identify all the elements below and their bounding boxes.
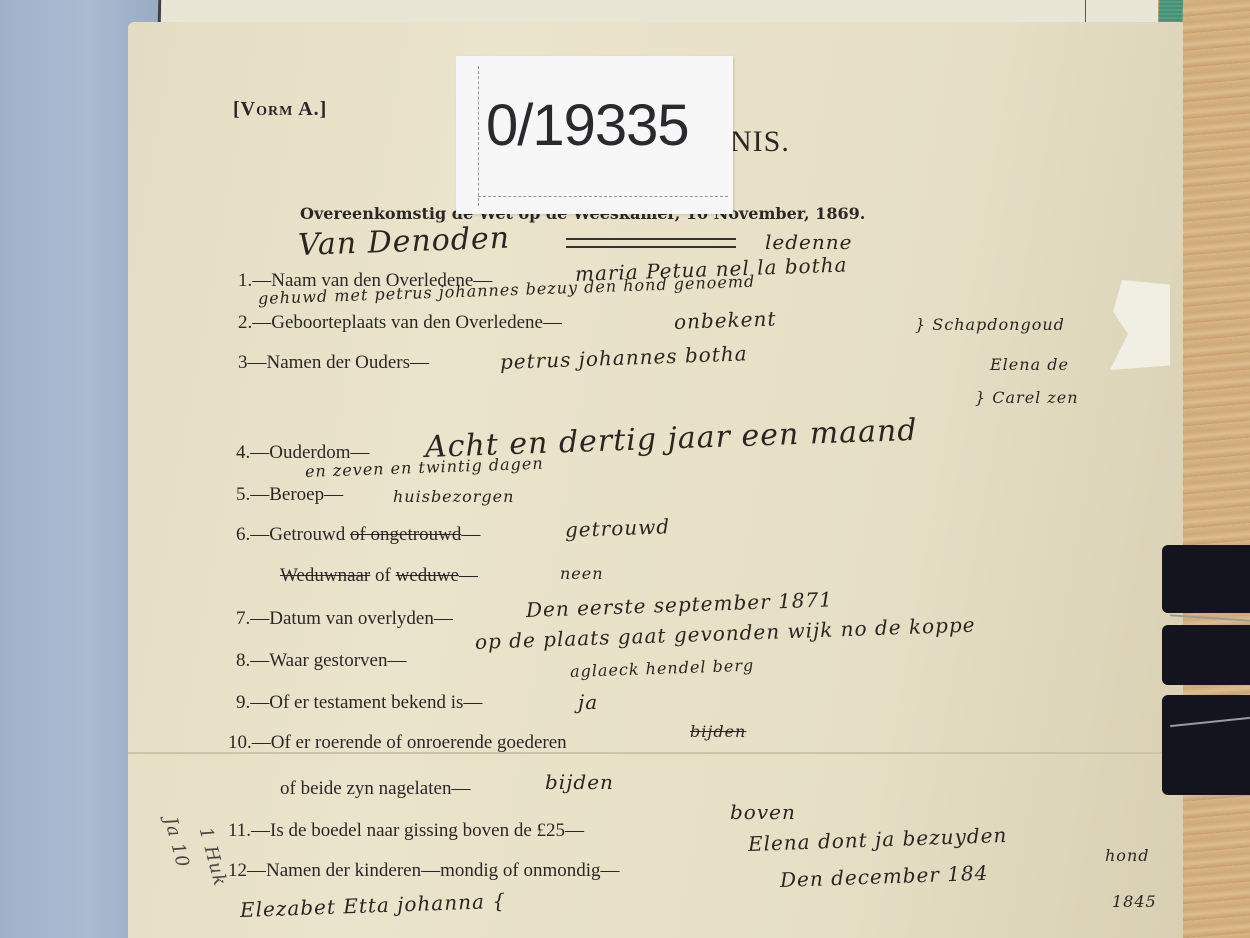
field-3-side-note-2: } Carel zen (975, 388, 1079, 407)
field-10-struck-value: bijden (690, 722, 746, 741)
widow-label: Weduwnaar of weduwe— (280, 565, 478, 587)
struck-label-text: weduwe (396, 565, 459, 586)
field-number: 11. (228, 820, 251, 841)
field-label-text: —Namen der Ouders— (248, 352, 430, 373)
clip-jaw (1162, 625, 1250, 685)
field-10-label: 10.—Of er roerende of onroerende goedere… (228, 732, 567, 754)
field-number: 8. (236, 650, 250, 671)
wooden-desk (1180, 0, 1250, 938)
clip-wire (1170, 614, 1250, 622)
field-number: 1. (238, 270, 252, 291)
field-number: 10. (228, 732, 252, 753)
field-label-text: —Datum van overlyden— (250, 608, 453, 629)
field-label-text: — (459, 565, 478, 586)
field-label-text: —Beroep— (250, 484, 343, 505)
field-label-text: of (370, 565, 395, 586)
field-label-text: — (461, 524, 480, 545)
field-number: 3 (238, 352, 248, 373)
perforation (478, 66, 479, 206)
field-label-text: —Is de boedel naar gissing boven de £25— (251, 820, 584, 841)
field-9-value: ja (578, 690, 598, 714)
field-12-label: 12—Namen der kinderen—mondig of onmondig… (228, 860, 620, 882)
field-9-label: 9.—Of er testament bekend is— (236, 692, 482, 714)
field-number: 2. (238, 312, 252, 333)
struck-label-text: Weduwnaar (280, 565, 370, 586)
field-label-text: —Geboorteplaats van den Overledene— (252, 312, 562, 333)
field-6-label: 6.—Getrouwd of ongetrouwd— (236, 524, 480, 546)
field-3-label: 3—Namen der Ouders— (238, 352, 429, 374)
form-code: [Vorm A.] (233, 98, 327, 121)
field-2-label: 2.—Geboorteplaats van den Overledene— (238, 312, 562, 334)
field-label-text: —Of er testament bekend is— (250, 692, 482, 713)
double-rule (566, 238, 736, 248)
clip-jaw (1162, 545, 1250, 613)
field-6-value: getrouwd (565, 514, 671, 542)
field-label-text: —Namen der kinderen—mondig of onmondig— (247, 860, 620, 881)
clip-jaw (1162, 695, 1250, 795)
field-10-value: bijden (545, 770, 614, 794)
field-5-value: huisbezorgen (393, 487, 514, 506)
field-12-value-line4: 1845 (1112, 892, 1157, 911)
field-3-side-note: Elena de (990, 355, 1069, 374)
perforation (478, 196, 728, 197)
handwriting-header-left: Van Denoden (297, 221, 510, 263)
field-5-label: 5.—Beroep— (236, 484, 343, 506)
field-2-side-note: } Schapdongoud (915, 315, 1065, 334)
field-number: 7. (236, 608, 250, 629)
field-12-value-line2: hond (1105, 846, 1149, 865)
field-8-label: 8.—Waar gestorven— (236, 650, 406, 672)
struck-label-text: of ongetrouwd (350, 524, 461, 545)
field-2-value: onbekent (674, 306, 777, 334)
reference-sticker: 0/19335 (456, 56, 733, 214)
form-title-tail: NIS. (730, 125, 790, 159)
field-number: 5. (236, 484, 250, 505)
reference-number: 0/19335 (486, 92, 689, 159)
field-number: 4. (236, 442, 250, 463)
field-number: 12 (228, 860, 247, 881)
field-number: 9. (236, 692, 250, 713)
field-7-label: 7.—Datum van overlyden— (236, 608, 453, 630)
handwriting-header-right: ledenne (765, 230, 852, 254)
field-label-text: —Waar gestorven— (250, 650, 406, 671)
field-11-value: boven (730, 800, 796, 824)
field-label-text: —Of er roerende of onroerende goederen (252, 732, 567, 753)
widow-value: neen (560, 564, 604, 583)
field-label-text: —Getrouwd (250, 524, 350, 545)
field-11-label: 11.—Is de boedel naar gissing boven de £… (228, 820, 584, 842)
field-10-label-cont: of beide zyn nagelaten— (280, 778, 470, 800)
binder-clip (1162, 545, 1250, 795)
field-number: 6. (236, 524, 250, 545)
